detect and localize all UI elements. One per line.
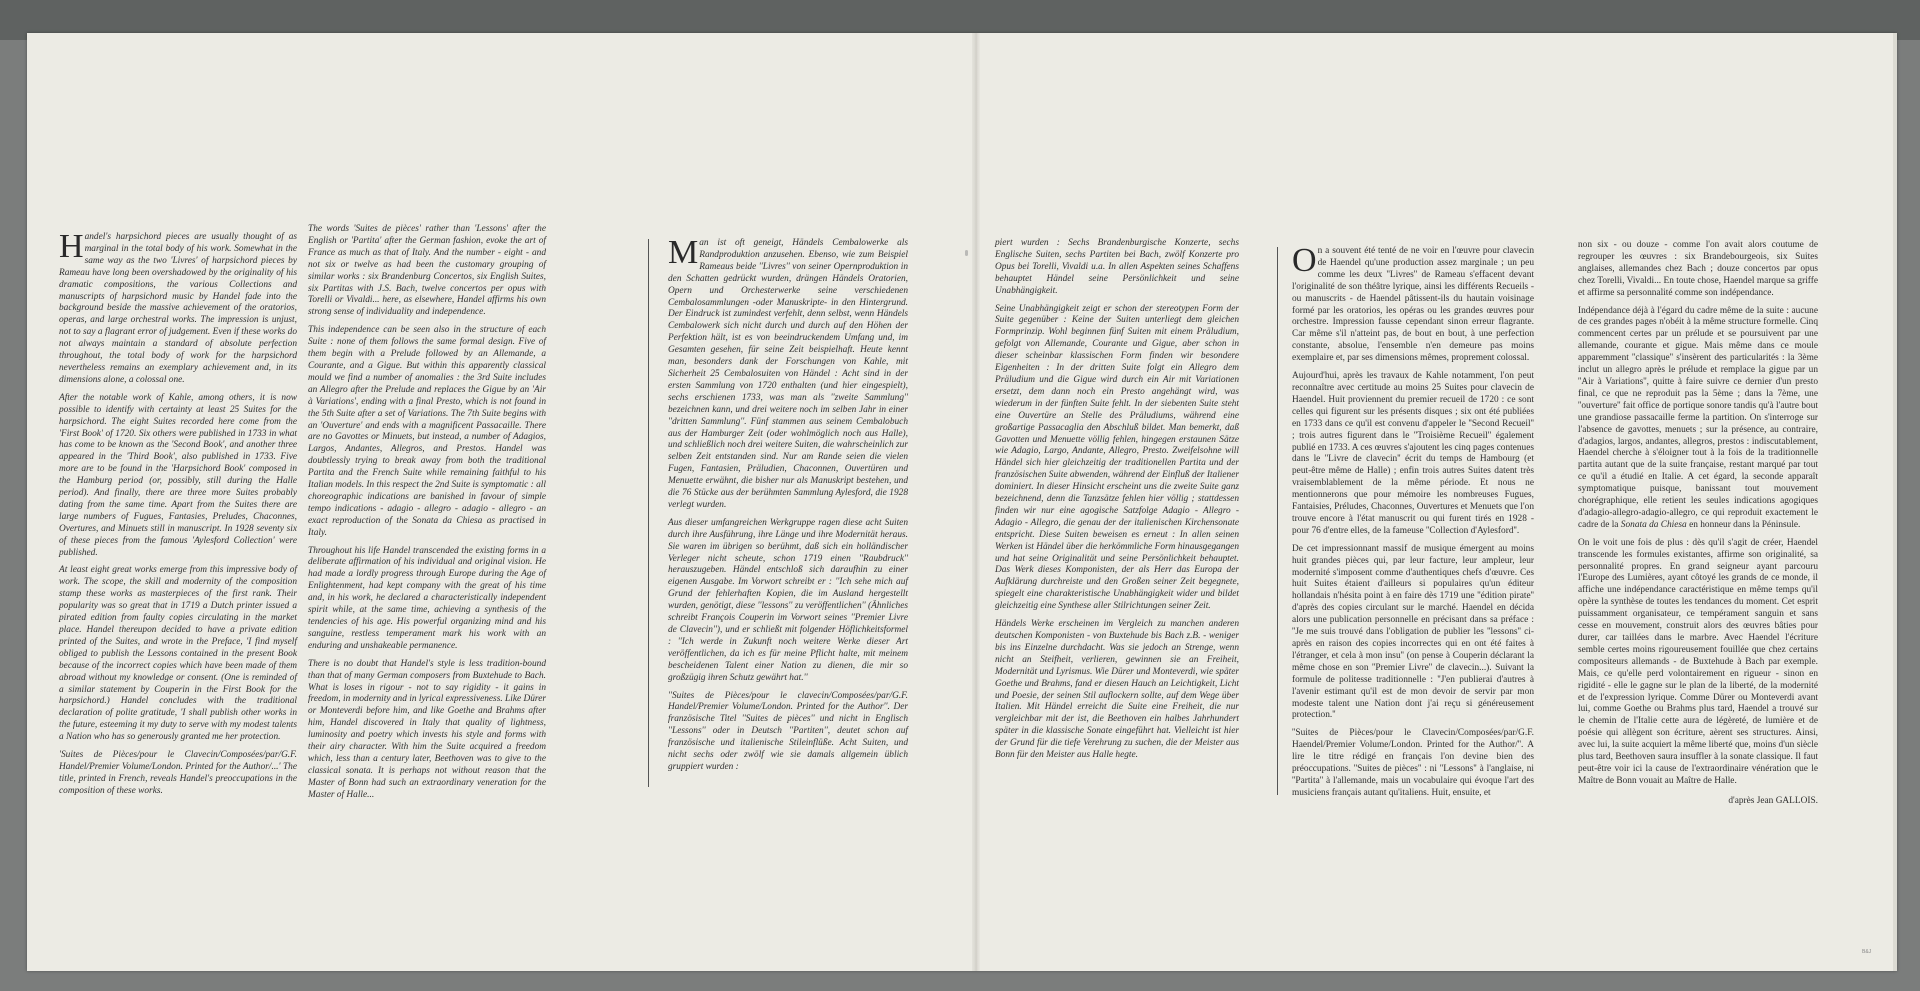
paragraph: The words 'Suites de pièces' rather than…: [308, 224, 546, 319]
paragraph: Handel's harpsichord pieces are usually …: [59, 232, 297, 387]
paragraph: At least eight great works emerge from t…: [59, 565, 297, 744]
gatefold-spine: [972, 33, 980, 971]
paragraph: ''Suites de Pièces/pour le Clavecin/Comp…: [1292, 728, 1534, 799]
paragraph: On a souvent été tenté de ne voir en l'œ…: [1292, 246, 1534, 365]
column-divider: [648, 239, 649, 787]
column-divider: [1277, 247, 1278, 795]
author-signature: d'après Jean GALLOIS.: [1578, 796, 1818, 808]
paragraph: Seine Unabhängigkeit zeigt er schon der …: [995, 304, 1239, 614]
paragraph: There is no doubt that Handel's style is…: [308, 659, 546, 802]
paragraph: Indépendance déjà à l'égard du cadre mêm…: [1578, 306, 1818, 532]
paragraph: De cet impressionnant massif de musique …: [1292, 544, 1534, 723]
paragraph: Throughout his life Handel transcended t…: [308, 546, 546, 653]
dropcap: M: [668, 240, 698, 266]
french-column-1: On a souvent été tenté de ne voir en l'œ…: [1292, 246, 1534, 806]
paragraph: Händels Werke erscheinen im Vergleich zu…: [995, 619, 1239, 762]
english-column-1: Handel's harpsichord pieces are usually …: [59, 232, 297, 804]
paragraph: On le voit une fois de plus : dès qu'il …: [1578, 538, 1818, 788]
paragraph: non six - ou douze - comme l'on avait al…: [1578, 240, 1818, 300]
paragraph: piert wurden : Sechs Brandenburgische Ko…: [995, 238, 1239, 298]
paragraph: 'Suites de Pièces/pour le Clavecin/Compo…: [59, 750, 297, 798]
english-column-2: The words 'Suites de pièces' rather than…: [308, 224, 546, 808]
paragraph: Aujourd'hui, après les travaux de Kahle …: [1292, 371, 1534, 538]
paragraph: After the notable work of Kahle, among o…: [59, 393, 297, 560]
paragraph: ''Suites de Pièces/pour le clavecin/Comp…: [668, 691, 908, 774]
paragraph: This independence can be seen also in th…: [308, 325, 546, 539]
print-mark: B&J: [1862, 949, 1871, 955]
paragraph: Man ist oft geneigt, Händels Cembalowerk…: [668, 238, 908, 512]
sleeve-edge: [1893, 33, 1897, 971]
dropcap: H: [59, 234, 84, 260]
dropcap: O: [1292, 248, 1317, 274]
german-column-1: Man ist oft geneigt, Händels Cembalowerk…: [668, 238, 908, 780]
french-column-2: non six - ou douze - comme l'on avait al…: [1578, 240, 1818, 814]
paragraph: Aus dieser umfangreichen Werkgruppe rage…: [668, 518, 908, 685]
german-column-2: piert wurden : Sechs Brandenburgische Ko…: [995, 238, 1239, 768]
paper-spot: [965, 250, 968, 256]
